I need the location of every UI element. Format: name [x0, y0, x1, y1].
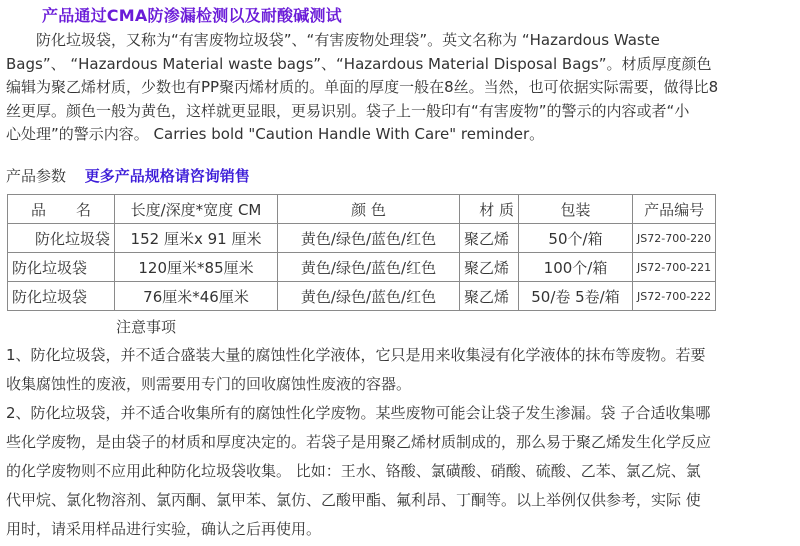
intro-line: Bags”、 “Hazardous Material waste bags”、“… — [6, 53, 796, 77]
intro-line: 防化垃圾袋，又称为“有害废物垃圾袋”、“有害废物处理袋”。英文名称为 “Haza… — [6, 29, 796, 53]
cell-name: 防化垃圾袋 — [8, 224, 115, 253]
params-header: 产品参数 更多产品规格请咨询销售 — [6, 165, 250, 186]
cell-package: 100个/箱 — [519, 253, 633, 282]
header-material: 材 质 — [460, 195, 519, 224]
intro-line: 编辑为聚乙烯材质，少数也有PP聚丙烯材质的。单面的厚度一般在8丝。当然，也可依据… — [6, 76, 796, 100]
cell-material: 聚乙烯 — [460, 224, 519, 253]
note-line: 的化学废物则不应用此种防化垃圾袋收集。 比如：王水、铬酸、氯磺酸、硝酸、硫酸、乙… — [6, 457, 796, 486]
table-row: 防化垃圾袋 76厘米*46厘米 黄色/绿色/蓝色/红色 聚乙烯 50/卷 5卷/… — [8, 282, 716, 311]
cell-code: JS72-700-221 — [633, 253, 716, 282]
note-line: 2、防化垃圾袋，并不适合收集所有的腐蚀性化学废物。某些废物可能会让袋子发生渗漏。… — [6, 399, 796, 428]
intro-paragraph: 防化垃圾袋，又称为“有害废物垃圾袋”、“有害废物处理袋”。英文名称为 “Haza… — [6, 29, 796, 147]
cell-package: 50个/箱 — [519, 224, 633, 253]
cell-name: 防化垃圾袋 — [8, 282, 115, 311]
header-color: 颜 色 — [278, 195, 460, 224]
cell-size: 120厘米*85厘米 — [115, 253, 278, 282]
note-line: 用时，请采用样品进行实验，确认之后再使用。 — [6, 515, 796, 544]
cell-material: 聚乙烯 — [460, 282, 519, 311]
cell-name: 防化垃圾袋 — [8, 253, 115, 282]
table-header-row: 品 名 长度/深度*宽度 CM 颜 色 材 质 包装 产品编号 — [8, 195, 716, 224]
table-row: 防化垃圾袋 120厘米*85厘米 黄色/绿色/蓝色/红色 聚乙烯 100个/箱 … — [8, 253, 716, 282]
intro-line: 丝更厚。颜色一般为黄色，这样就更显眼，更易识别。袋子上一般印有“有害废物”的警示… — [6, 100, 796, 124]
notes-list: 1、防化垃圾袋，并不适合盛装大量的腐蚀性化学液体，它只是用来收集浸有化学液体的抹… — [6, 341, 796, 544]
header-code: 产品编号 — [633, 195, 716, 224]
cell-package: 50/卷 5卷/箱 — [519, 282, 633, 311]
header-package: 包装 — [519, 195, 633, 224]
cell-material: 聚乙烯 — [460, 253, 519, 282]
cell-color: 黄色/绿色/蓝色/红色 — [278, 282, 460, 311]
page-title: 产品通过CMA防渗漏检测以及耐酸碱测试 — [42, 3, 342, 26]
note-line: 代甲烷、氯化物溶剂、氯丙酮、氯甲苯、氯仿、乙酸甲酯、氟利昂、丁酮等。以上举例仅供… — [6, 486, 796, 515]
table-row: 防化垃圾袋 152 厘米x 91 厘米 黄色/绿色/蓝色/红色 聚乙烯 50个/… — [8, 224, 716, 253]
cell-size: 152 厘米x 91 厘米 — [115, 224, 278, 253]
cell-size: 76厘米*46厘米 — [115, 282, 278, 311]
note-line: 收集腐蚀性的废液，则需要用专门的回收腐蚀性废液的容器。 — [6, 370, 796, 399]
intro-line: 心处理”的警示内容。 Carries bold "Caution Handle … — [6, 123, 796, 147]
notes-title: 注意事项 — [116, 316, 176, 337]
spec-table: 品 名 长度/深度*宽度 CM 颜 色 材 质 包装 产品编号 防化垃圾袋 15… — [7, 194, 716, 311]
cell-code: JS72-700-222 — [633, 282, 716, 311]
more-specs-link[interactable]: 更多产品规格请咨询销售 — [85, 167, 250, 185]
cell-code: JS72-700-220 — [633, 224, 716, 253]
note-line: 些化学废物，是由袋子的材质和厚度决定的。若袋子是用聚乙烯材质制成的，那么易于聚乙… — [6, 428, 796, 457]
header-name: 品 名 — [8, 195, 115, 224]
header-size: 长度/深度*宽度 CM — [115, 195, 278, 224]
note-line: 1、防化垃圾袋，并不适合盛装大量的腐蚀性化学液体，它只是用来收集浸有化学液体的抹… — [6, 341, 796, 370]
params-label: 产品参数 — [6, 167, 66, 185]
cell-color: 黄色/绿色/蓝色/红色 — [278, 224, 460, 253]
cell-color: 黄色/绿色/蓝色/红色 — [278, 253, 460, 282]
